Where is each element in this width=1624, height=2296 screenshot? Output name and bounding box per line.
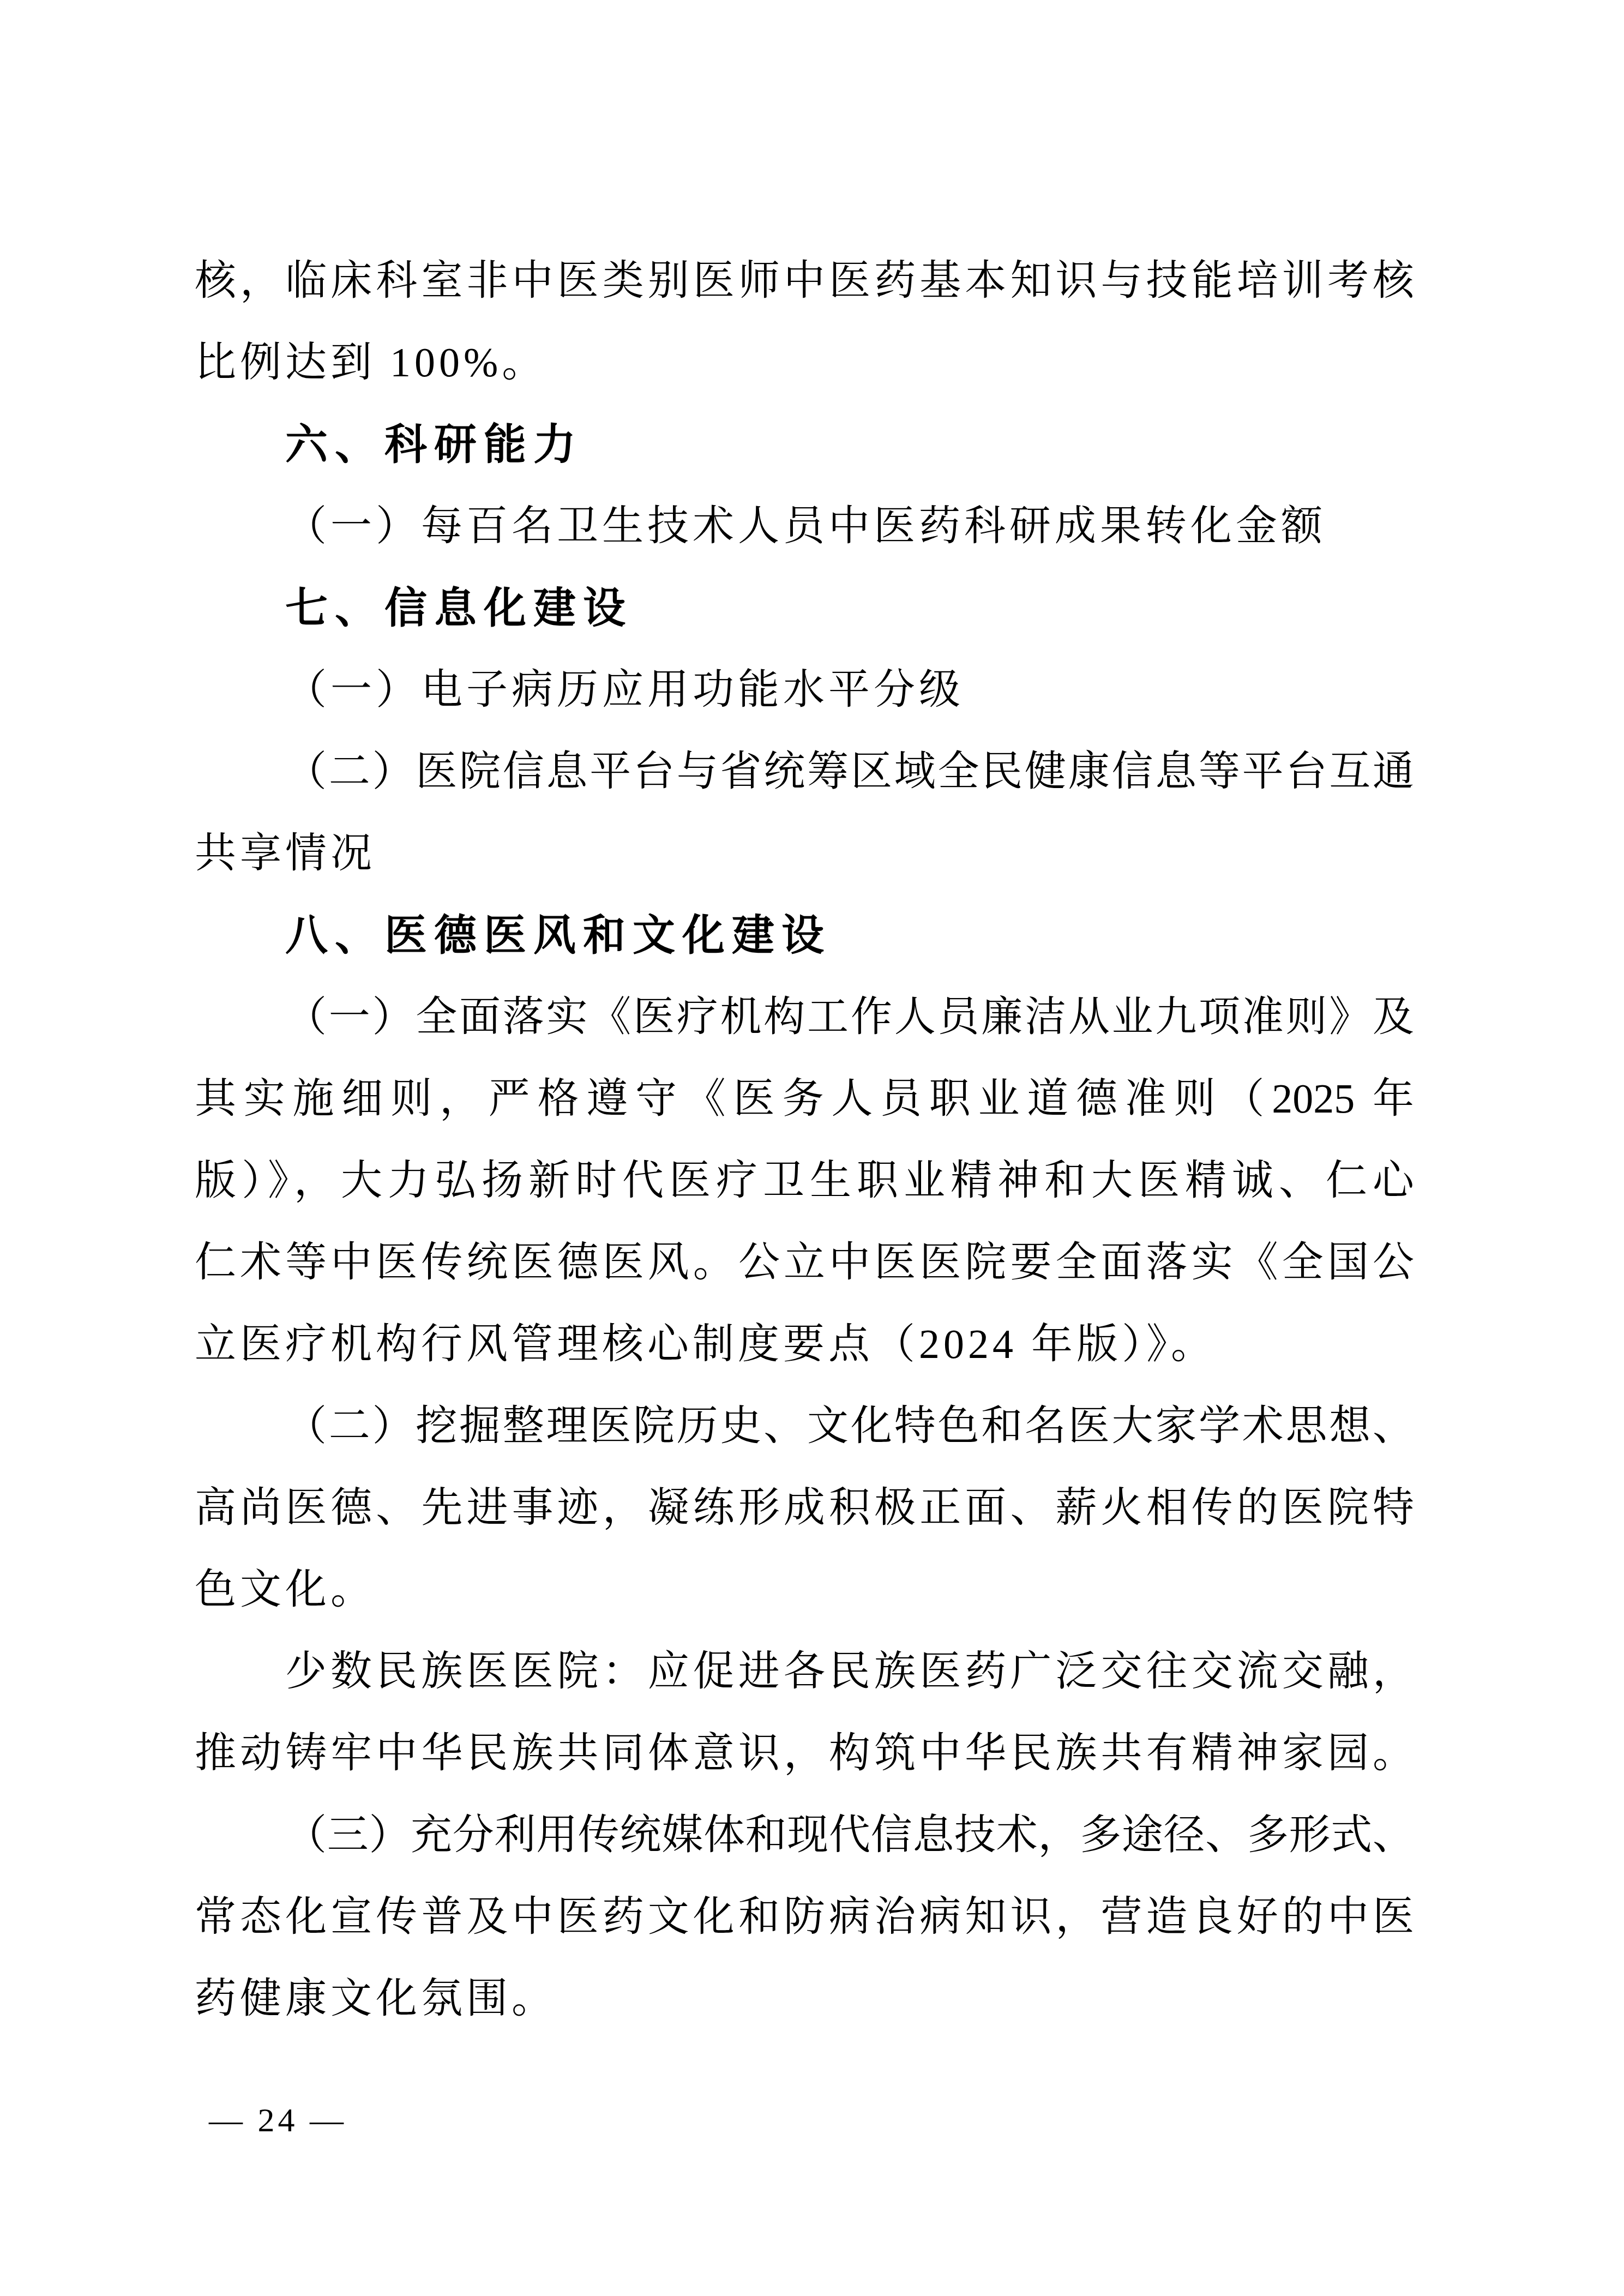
text-line: 常态化宣传普及中医药文化和防病治病知识，营造良好的中医 bbox=[195, 1876, 1414, 1958]
text-line: 少数民族医医院：应促进各民族医药广泛交往交流交融， bbox=[195, 1631, 1414, 1712]
document-page: 核，临床科室非中医类别医师中医药基本知识与技能培训考核比例达到 100%。六、科… bbox=[0, 0, 1624, 2296]
text-line: 仁术等中医传统医德医风。公立中医医院要全面落实《全国公 bbox=[195, 1222, 1414, 1303]
text-line: 药健康文化氛围。 bbox=[195, 1958, 1414, 2040]
text-line: 比例达到 100%。 bbox=[195, 322, 1414, 404]
text-line: 共享情况 bbox=[195, 813, 1414, 894]
text-line: （二）医院信息平台与省统筹区域全民健康信息等平台互通 bbox=[195, 731, 1414, 813]
text-line: （二）挖掘整理医院历史、文化特色和名医大家学术思想、 bbox=[195, 1385, 1414, 1467]
section-heading: 六、科研能力 bbox=[195, 404, 1414, 485]
text-line: 核，临床科室非中医类别医师中医药基本知识与技能培训考核 bbox=[195, 240, 1414, 322]
text-line: （三）充分利用传统媒体和现代信息技术，多途径、多形式、 bbox=[195, 1794, 1414, 1876]
text-line: 推动铸牢中华民族共同体意识，构筑中华民族共有精神家园。 bbox=[195, 1712, 1414, 1794]
text-content: 核，临床科室非中医类别医师中医药基本知识与技能培训考核比例达到 100%。六、科… bbox=[195, 240, 1414, 2040]
text-line: 高尚医德、先进事迹，凝练形成积极正面、薪火相传的医院特 bbox=[195, 1467, 1414, 1549]
section-heading: 七、信息化建设 bbox=[195, 567, 1414, 649]
text-line: 立医疗机构行风管理核心制度要点（2024 年版）》。 bbox=[195, 1303, 1414, 1385]
text-line: （一）全面落实《医疗机构工作人员廉洁从业九项准则》及 bbox=[195, 976, 1414, 1058]
text-line: （一）每百名卫生技术人员中医药科研成果转化金额 bbox=[195, 485, 1414, 567]
text-line: 版）》，大力弘扬新时代医疗卫生职业精神和大医精诚、仁心 bbox=[195, 1140, 1414, 1222]
section-heading: 八、医德医风和文化建设 bbox=[195, 894, 1414, 976]
text-line: （一）电子病历应用功能水平分级 bbox=[195, 649, 1414, 731]
page-number: — 24 — bbox=[209, 2099, 347, 2142]
text-line: 其实施细则，严格遵守《医务人员职业道德准则（2025 年 bbox=[195, 1058, 1414, 1140]
text-line: 色文化。 bbox=[195, 1549, 1414, 1631]
